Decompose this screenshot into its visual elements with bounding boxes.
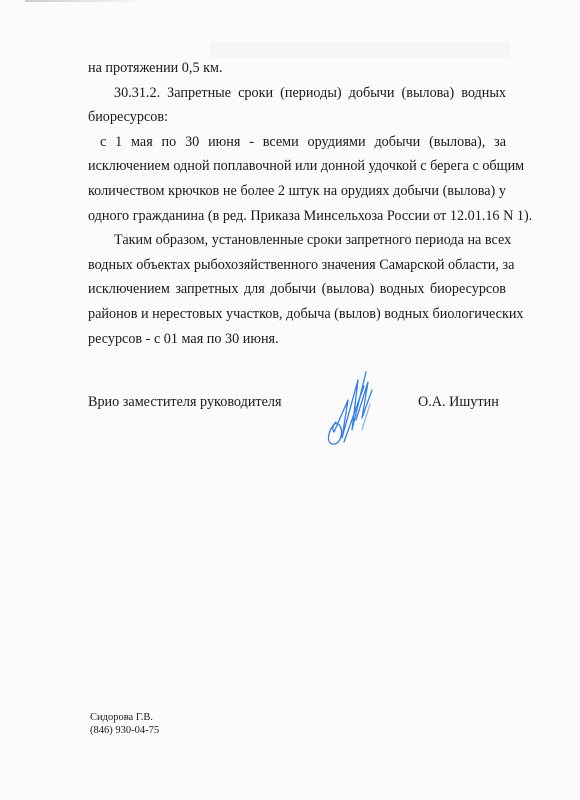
signature-block: Врио заместителя руководителя О.А. Ишути… — [88, 390, 506, 420]
paragraph-line: одного гражданина (в ред. Приказа Минсел… — [88, 204, 506, 229]
paragraph-line: Таким образом, установленные сроки запре… — [88, 228, 506, 253]
document-body: на протяжении 0,5 км. 30.31.2. Запретные… — [88, 56, 506, 351]
paragraph-line: количеством крючков не более 2 штук на о… — [88, 179, 506, 204]
executor-phone: (846) 930-04-75 — [90, 725, 159, 738]
paragraph-line: исключением запретных для добычи (вылова… — [88, 277, 506, 302]
paragraph-line: с 1 мая по 30 июня - всеми орудиями добы… — [88, 130, 506, 155]
section-heading-line: 30.31.2. Запретные сроки (периоды) добыч… — [88, 81, 506, 106]
scan-edge-artifact — [25, 0, 135, 2]
signatory-name: О.А. Ишутин — [418, 390, 499, 414]
paragraph-line: на протяжении 0,5 км. — [88, 56, 506, 81]
paragraph-line: ресурсов - с 01 мая по 30 июня. — [88, 327, 506, 352]
handwritten-signature-icon — [318, 360, 388, 450]
paragraph-line: районов и нерестовых участков, добыча (в… — [88, 302, 506, 327]
executor-name: Сидорова Г.В. — [90, 712, 159, 725]
paragraph-line: водных объектах рыбохозяйственного значе… — [88, 253, 506, 278]
signatory-title: Врио заместителя руководителя — [88, 390, 282, 414]
paragraph-line: биоресурсов: — [88, 105, 506, 130]
paragraph-line: исключением одной поплавочной или донной… — [88, 154, 506, 179]
executor-footer: Сидорова Г.В. (846) 930-04-75 — [90, 712, 159, 737]
